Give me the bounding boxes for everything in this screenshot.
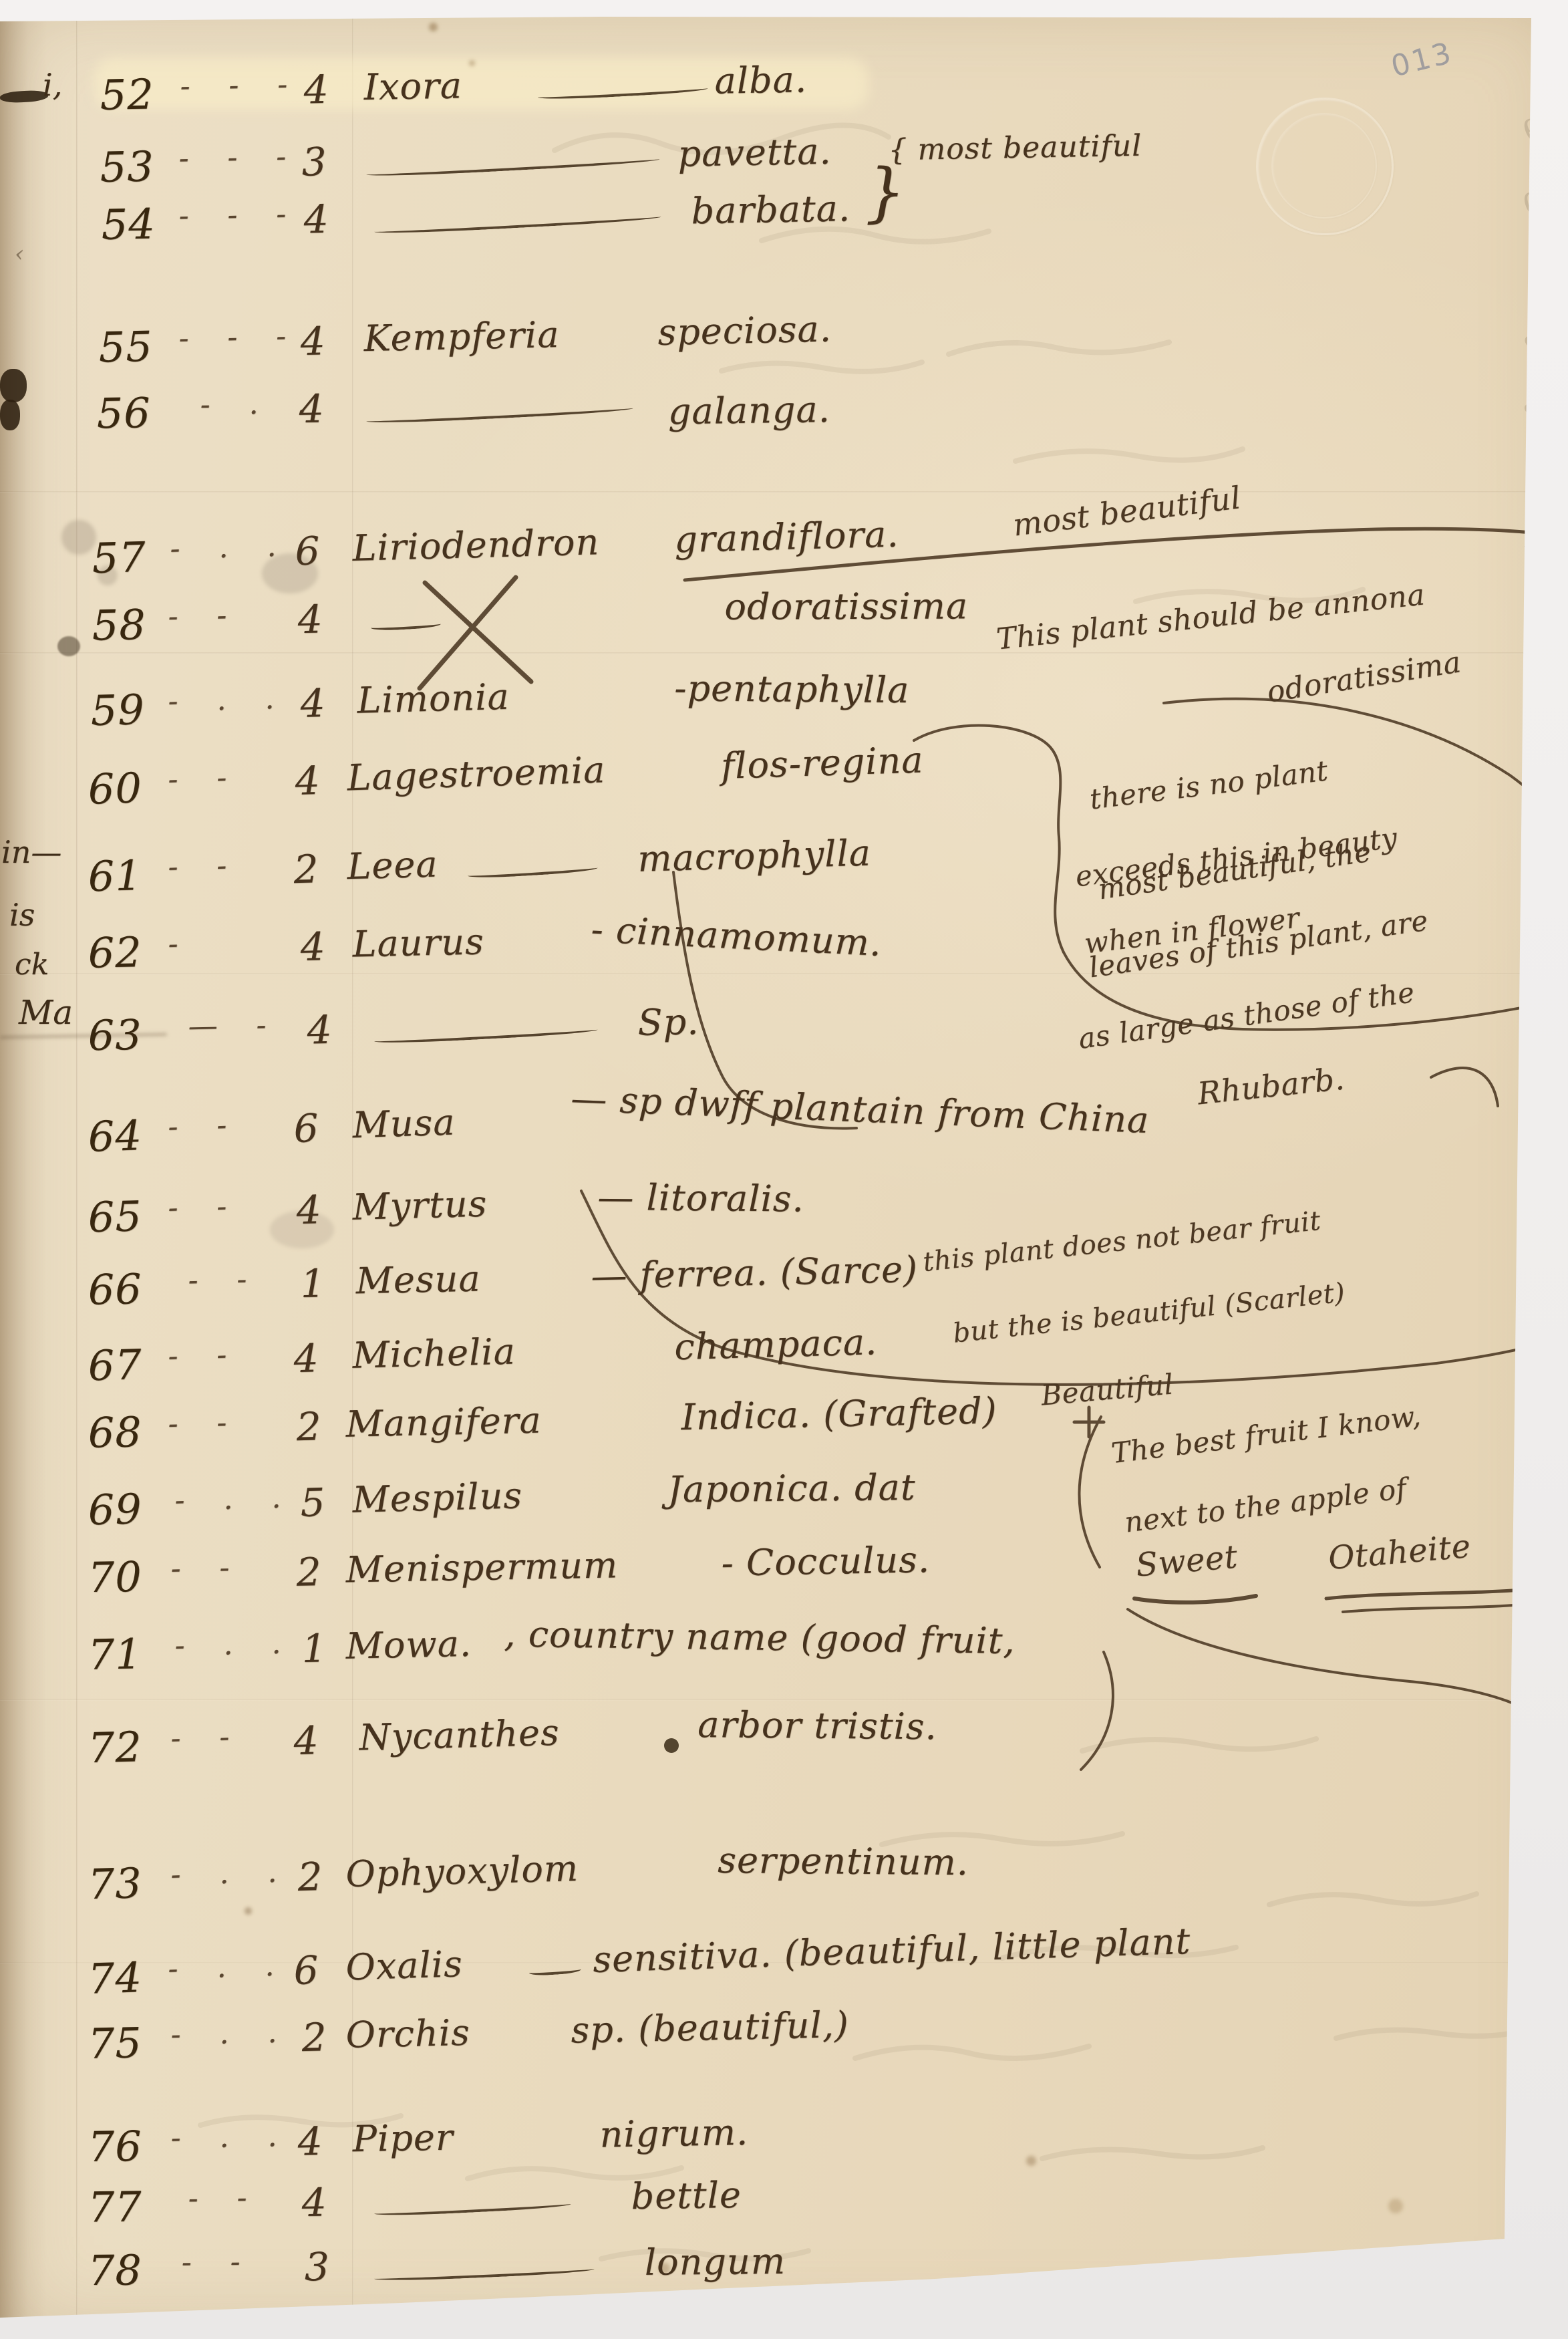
paper-sheet: 013 [0,0,1568,2339]
genus-name: Liriodendron [352,521,600,569]
species-name: alba. [714,58,807,102]
entry-dashes: - . . [170,529,291,566]
fox-spot [429,23,438,31]
entry-dashes: - - [168,1189,242,1225]
entry-quantity: 4 [293,1717,320,1764]
entry-quantity: 3 [305,2244,330,2290]
entry-dashes: - - [168,598,242,634]
ditto-rule [371,620,442,632]
genus-name: Mowa. [345,1623,472,1667]
list-entry-row: 78- -3longum [0,2233,1568,2324]
ditto-rule [374,2199,571,2217]
entry-quantity: 4 [295,758,321,804]
entry-number: 52 [100,70,154,119]
species-name: flos-regina [720,738,924,787]
entry-quantity: 4 [307,1007,333,1053]
species-name: Sp. [637,1000,699,1044]
entry-number: 62 [88,928,142,978]
entry-dashes: - . . [170,2119,292,2155]
genus-name: Mesua [355,1258,481,1302]
entry-quantity: 4 [303,67,329,113]
entry-quantity: 2 [296,1549,322,1595]
genus-name: Mespilus [352,1474,523,1521]
genus-name: Menispermum [345,1544,619,1591]
species-name: odoratissima [724,585,968,628]
genus-name: Limonia [357,676,510,722]
entry-dashes: - - [168,1108,242,1144]
entry-quantity: 4 [293,1335,320,1381]
entry-dashes: - - [188,2181,261,2216]
entry-number: 56 [96,388,151,438]
genus-name: Laurus [352,920,484,965]
genus-name: Lagestroemia [347,748,607,799]
entry-dashes: - - [168,761,242,797]
species-name: sp. (beautiful,) [571,2004,850,2052]
entry-number: 74 [88,1953,143,2004]
annotation-inline: } [864,154,907,230]
species-name: arbor tristis. [697,1703,937,1748]
entry-quantity: 2 [296,1403,322,1450]
entry-number: 64 [88,1111,143,1161]
entry-number: 63 [88,1010,142,1060]
entry-quantity: 4 [303,196,329,243]
entry-dashes: - - - [178,319,301,356]
entry-number: 66 [88,1264,142,1315]
species-name: — litoralis. [597,1176,804,1220]
species-name: bettle [631,2174,742,2217]
entry-number: 69 [88,1484,143,1534]
ditto-rule [468,863,598,879]
entry-dashes: - . . [174,1626,296,1663]
entry-quantity: 2 [301,2014,327,2060]
entry-dashes: — - [188,1008,281,1043]
ditto-rule [366,155,660,178]
genus-name: Ophyoxylom [345,1847,579,1895]
entry-dashes: - . . [168,681,289,718]
entry-number: 58 [92,600,146,650]
ditto-rule [374,2265,595,2282]
species-name: barbata. [691,187,850,232]
entry-quantity: 1 [300,1260,326,1306]
entry-number: 53 [100,142,154,191]
entry-quantity: 4 [300,318,326,364]
scanned-manuscript-page: 013 [0,0,1568,2339]
ditto-rule [374,1025,598,1045]
species-name: macrophylla [637,832,872,880]
entry-number: 65 [88,1192,143,1242]
species-name: longum [645,2240,786,2284]
entry-dashes: - - [188,1262,262,1297]
entry-quantity: 6 [293,1105,320,1151]
ditto-rule [538,84,708,101]
entry-dashes: - - - [178,197,301,233]
genus-name: Oxalis [345,1943,464,1988]
entry-quantity: 6 [295,528,321,574]
entry-quantity: 4 [297,596,323,642]
entry-number: 76 [88,2122,142,2171]
species-name: Indica. (Grafted) [681,1389,997,1438]
entry-dashes: - . . [170,2015,292,2052]
entry-quantity: 6 [293,1947,320,1993]
entry-number: 54 [101,199,156,249]
entry-number: 71 [88,1629,142,1679]
entry-dashes: - - [168,848,242,884]
genus-name: Piper [352,2116,454,2161]
entry-quantity: 4 [301,2180,327,2226]
genus-name: Nycanthes [359,1711,561,1759]
entry-quantity: 2 [293,846,320,892]
entry-number: 70 [88,1552,142,1602]
entry-dashes: - . . [170,1854,292,1892]
genus-name: Orchis [345,2012,470,2056]
entry-dashes: - - [182,2245,255,2280]
entry-dashes: - - [170,1550,245,1586]
genus-name: Michelia [352,1331,516,1377]
entry-dashes: - - [168,1337,242,1373]
entry-quantity: 4 [300,924,326,970]
ditto-rule [366,404,633,425]
entry-quantity: 3 [301,139,327,185]
entry-quantity: 2 [297,1854,324,1900]
entry-number: 72 [88,1722,143,1772]
entry-quantity: 1 [301,1625,327,1671]
entry-dashes: - - - [180,67,302,104]
fox-spot [823,2286,832,2294]
entry-quantity: 4 [297,2118,323,2165]
entry-number: 73 [88,1859,143,1909]
species-name: - Cocculus. [721,1538,930,1584]
species-name: nigrum. [599,2111,749,2156]
entry-number: 61 [88,851,143,901]
entry-dashes: - . . [174,1480,296,1518]
ditto-rule [374,213,661,235]
entry-number: 75 [88,2018,142,2068]
genus-name: Musa [352,1101,456,1146]
entry-quantity: 5 [300,1480,327,1526]
horizontal-fold-crease [0,491,1541,493]
entry-number: 77 [88,2182,142,2231]
species-name: — ferrea. (Sarce) [591,1248,919,1297]
entry-number: 55 [98,322,153,372]
entry-dashes: - . . [168,1948,289,1986]
entry-number: 67 [88,1340,143,1390]
entry-number: 59 [90,685,146,735]
species-name: galanga. [667,388,830,432]
annotation-inline: { most beautiful [888,129,1142,168]
entry-dashes: - - - [178,140,301,176]
entry-number: 60 [88,763,143,814]
species-name: -pentaphylla [674,667,910,711]
ditto-rule [528,1965,581,1976]
species-name: serpentinum. [718,1839,969,1883]
entry-dashes: - - [170,1719,245,1756]
species-name: , country name (good fruit, [504,1613,1015,1662]
species-name: speciosa. [657,308,832,354]
species-name: Japonica. dat [667,1466,916,1510]
entry-dashes: - - [168,1405,242,1441]
entry-number: 57 [92,533,147,583]
entry-number: 78 [88,2245,143,2295]
species-name: champaca. [674,1321,878,1368]
entry-quantity: 4 [300,680,327,726]
genus-name: Ixora [363,64,462,108]
genus-name: Kempferia [363,313,560,360]
entry-quantity: 4 [296,1187,323,1233]
species-name: pavetta. [677,130,832,175]
species-name: grandiflora. [674,513,900,561]
species-name: - cinnamomum. [590,908,883,964]
entry-dashes: - [168,927,193,962]
entry-number: 68 [88,1407,142,1458]
genus-name: Mangifera [345,1399,542,1446]
genus-name: Leea [347,843,439,888]
entry-quantity: 4 [299,386,325,432]
genus-name: Myrtus [352,1183,488,1228]
